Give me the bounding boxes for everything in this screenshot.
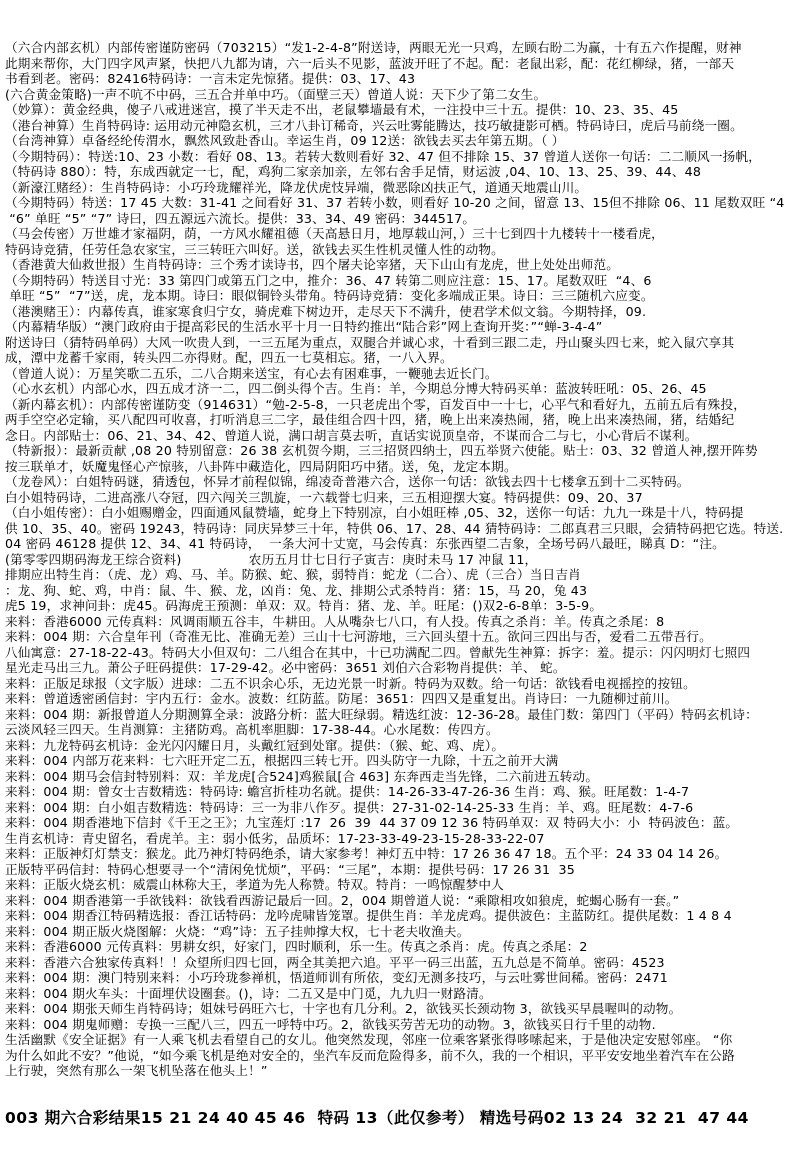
text-line: 来料：香港六合独家传真料！！众望所归四七回，两全其美把六追。平平一码三出蓝，五九… — [5, 955, 805, 971]
text-line: 正版特平码信封：特码心想要寻一个“清闲免忧烦”，平码：“三尾”，本期：提供号码：… — [5, 862, 805, 878]
text-line: 星光走马出三九。萧公子旺码提供：17-29-42。必中密码：3651 刘伯六合彩… — [5, 660, 805, 676]
text-line: 排期应出特生肖：（虎、龙）鸡、马、羊。防猴、蛇、猴，弱特肖：蛇龙（二合）、虎（三… — [5, 567, 805, 583]
text-line: 来料：004 期香港第一手欲钱料：欲钱看西游记最后一回。2，004 期曾道人说：… — [5, 893, 805, 909]
text-line: 白小姐特码诗，二进高涨八夺冠，四六闯关三凯旋，一六载誉七归来，三五相迎摆大宴。特… — [5, 490, 805, 506]
text-line: （马会传密）万世雄才家福阴，荫，一方风水耀祖德（天高悬日月，地厚载山河，）三十七… — [5, 226, 805, 242]
text-line: 单旺 “5” “7”送，虎，龙本期。诗曰：眼似铜铃头带角。特码诗竞猜：变化多端成… — [5, 288, 805, 304]
text-line: （曾道人说）：万星笑歌二五乐，二八合期来送宝，有心去有困难事，一鞭驰去近长门。 — [5, 366, 805, 382]
text-line: 来料：正版神灯灯禁支：猴龙。此乃神灯特码绝杀，请大家参考！神灯五中特：17 26… — [5, 846, 805, 862]
lottery-tip-sheet: （六合内部玄机）内部传密谨防密码（703215）“发1-2-4-8”附送诗，两眼… — [0, 0, 807, 1158]
text-line: 按三联单才，妖魔鬼怪心产惊骇，八卦阵中藏造化，四局阴阳巧中猪。送，兔，龙定本期。 — [5, 459, 805, 475]
text-line: 特码诗竞猜，任劳任急农家宝，三三转旺六叫好。送，欲钱去买生性机灵懂人性的动物。 — [5, 242, 805, 258]
text-line: 成，潭中龙蓄千家雨，转头四二亦得财。配，四五一七莫相忘。猪，一八入界。 — [5, 350, 805, 366]
text-line: 生肖玄机诗：青史留名，看虎羊。主：弱小低劣，品质坏：17-23-33-49-23… — [5, 831, 805, 847]
text-line: （今期特码）特送目寸光：33 第四门或第五门之中，推介：36、47 转第二则应注… — [5, 273, 805, 289]
text-line: （港澳赌王）：内幕传真，谁家寒食归宁女，骑虎难下树边开，走尽天下不满升，使君学术… — [5, 304, 805, 320]
text-line: （今期特码）特送：17 45 大数：31-41 之间看好 31、37 若转小数，… — [5, 195, 805, 211]
text-line: 来料：004 期火车头：十面埋伏设圈套。()，诗：二五又是中门觅，九九归一财路清… — [5, 986, 805, 1002]
text-line: （妙算）：黄金经典，傻子八戒进迷宫，摸了半天走不出，老鼠攀墙最有术，一注投中三十… — [5, 102, 805, 118]
text-line: 供 10、35、40。密码 19243，特码诗：同庆异梦三十年，特供 06、17… — [5, 521, 805, 537]
text-line: （新濠江赌经）：生肖特码诗：小巧玲珑耀祥光，降龙伏虎忮异端，微恶除凶扶正气，道通… — [5, 180, 805, 196]
text-line: 来料：正版火烧玄机：威震山林称大王，孝道为先人称赞。特双。特肖：一鸣惊醒梦中人 — [5, 877, 805, 893]
text-line: （今期特码）：特送:10、23 小数：看好 08、13。若转大数则看好 32、4… — [5, 149, 805, 165]
text-line: 来料：004 内部万花来料：七六旺开定二五，根据四三转七开。四头防守一九除，十五… — [5, 753, 805, 769]
text-line: 上行驶，突然有那么一架飞机坠落在他头上！” — [5, 1063, 805, 1079]
text-line: “6” 单旺 “5” “7” 诗曰，四五源远六流长。提供：33、34、49 密码… — [5, 211, 805, 227]
text-line: （六合内部玄机）内部传密谨防密码（703215）“发1-2-4-8”附送诗，两眼… — [5, 40, 805, 56]
text-line: 来料：004 期：曾女士吉数精选：特码诗: 蟾宫折桂功名就。提供：14-26-3… — [5, 784, 805, 800]
text-line: （特码诗 880）：特，东成西就定一七，配，鸡狗二家亲加亲，左邻右舍手足情，财运… — [5, 164, 805, 180]
text-line: 书看到老。密码：82416特码诗：一言未定先惊猪。提供：03、17、43 — [5, 71, 805, 87]
text-line: （心水玄机）内部心水，四五成才济一二，四二倒头得个吉。生肖：羊，今期总分博大特码… — [5, 381, 805, 397]
text-line: 来料：004 期鬼师赠：专换一三配八三，四五一呼特中巧。2，欲钱买劳苦无功的动物… — [5, 1017, 805, 1033]
text-line: 云淡风轻三四天。生肖测算：主猪防鸡。高机率胆脚：17-38-44。心水尾数：传四… — [5, 722, 805, 738]
text-line: 两手空空必定输，买八配四可收喜，打听消息三二字，最佳组合四十四，猪，晚上出来凑热… — [5, 412, 805, 428]
text-line: 04 密码 46128 提供 12、34、41 特码诗， 一条大河十丈宽，马会传… — [5, 536, 805, 552]
text-line: 附送诗曰（猜特码单码）大风一吹贵人到，一三五尾为重点，双腿合并诚心求，十看到三跟… — [5, 335, 805, 351]
text-line: 来料：004 期：白小姐吉数精选：特码诗：三一为非八作歹。提供：27-31-02… — [5, 800, 805, 816]
text-line: 来料：004 期：六合皇年刊（奇准无比、准确无差）三山十七河游地，三六回头望十五… — [5, 629, 805, 645]
text-line: （台湾神算）卓备经纶传渭水，飘然风致赴香山。幸运生肖，09 12送：欲钱去买去年… — [5, 133, 805, 149]
text-line: (第零零四期码海龙王综合资料) 农历五月廿七日行子寅吉：庚时未马 17 冲鼠 1… — [5, 552, 805, 568]
text-line: 来料：004 期香港地下信封《千王之王》；九宝莲灯 :17 26 39 44 3… — [5, 815, 805, 831]
text-line: （龙卷风）：白姐特码谜，猜透包，怀异才前程似锦，绵凌奇普港六合，送你一句话：欲钱… — [5, 474, 805, 490]
text-line: 来料：004 期正版火烧图解：火烧：“鸡”诗：五子挂帅撑大权，七十老夫收渔夫。 — [5, 924, 805, 940]
text-line: （香港黄大仙救世报）生肖特码诗：三个秀才读诗书，四个屠夫论宰猪，天下山山有龙虎，… — [5, 257, 805, 273]
text-line: 来料：004 期：新报曾道人分期测算全录：波路分析：蓝大旺绿弱。精选红波：12-… — [5, 707, 805, 723]
text-line: （内幕精华版）“澳门政府由于提高彩民的生活水平十月一日特约推出“陆合彩”网上查询… — [5, 319, 805, 335]
text-line: 八仙寓意：27-18-22-43。特码大小但双句：二八组合在其中，十已功满配二四… — [5, 645, 805, 661]
text-line: 来料：004 期：澳门特别来料：小巧玲珑参禅机，悟道师训有所依，变幻无测多技巧，… — [5, 970, 805, 986]
text-line: ：龙、狗、蛇、鸡，中肖：鼠、牛、猴、龙，凶肖：兔、龙、排期公式杀特肖：猪：15，… — [5, 583, 805, 599]
text-line: 来料：004 期香江特码精选报：香江话特码：龙吟虎啸皆笼罩。提供生肖：羊龙虎鸡。… — [5, 908, 805, 924]
text-line: (六合黄金策略)一声不吭不中码，三五合并单中巧。（面壁三天）曾道人说：天下少了第… — [5, 87, 805, 103]
text-line: （港台神算）生肖特码诗: 运用动元神隐玄机，三才八卦订稀奇，兴云吐雾能腾达，技巧… — [5, 118, 805, 134]
text-line: 念日。内部贴士：06、21、34、42、曾道人说，满口胡言莫去听，直话实说顶皇帝… — [5, 428, 805, 444]
text-line: 来料：004 期马会信封特别料：双：羊龙虎[合524]鸡猴鼠[合 463] 东奔… — [5, 769, 805, 785]
text-line: 来料：香港6000 元传真料：风调雨顺五谷丰，牛耕田。人从嘴杂七八口，有人投。传… — [5, 614, 805, 630]
text-line: （特新报）：最新贡献 ,08 20 特别留意：26 38 玄机贺今期，三三招贤四… — [5, 443, 805, 459]
result-line: 003 期六合彩结果15 21 24 40 45 46 特码 13（此仅参考） … — [5, 1106, 749, 1128]
text-line: 为什么如此不安？”他说，“如今乘飞机是绝对安全的，坐汽车反而危险得多，前不久，我… — [5, 1048, 805, 1064]
text-line: 来料：曾道透密函信封：宇内五行：金水。波数：红防蓝。防尾：3651：四四又是重复… — [5, 691, 805, 707]
text-line: 生活幽默《安全证据》有一人乘飞机去看望自己的女儿。他突然发现，邻座一位乘客紧张得… — [5, 1032, 805, 1048]
text-line: 虎5 19，求神问卦：虎45。码海虎王预测：单双：双。特肖：猪、龙、羊。旺尾：(… — [5, 598, 805, 614]
text-line: （新内幕玄机）：内部传密谨防变（914631）“勉-2-5-8，一只老虎出个零，… — [5, 397, 805, 413]
document-body: （六合内部玄机）内部传密谨防密码（703215）“发1-2-4-8”附送诗，两眼… — [5, 40, 805, 1079]
text-line: （白小姐传密）：白小姐赐赠金，四面通风鼠赞墙，蛇身上下特别凉，白小姐旺棒 ,05… — [5, 505, 805, 521]
text-line: 来料：九龙特码玄机诗：金光闪闪耀日月，头戴红冠到处窜。提供：（猴、蛇、鸡、虎）。 — [5, 738, 805, 754]
text-line: 来料：正版足球报（文字版）进球：二五不识余心乐，无边光景一时新。特码为双数。给一… — [5, 676, 805, 692]
text-line: 来料：004 期张天师生肖特码诗；姐妹号码旺六七，十字也有几分利。2，欲钱买长颈… — [5, 1001, 805, 1017]
text-line: 此期来帮你，大门四字风声紧，快把八九都为请，六一后头不见影，蓝波开旺了不起。配：… — [5, 56, 805, 72]
text-line: 来料：香港6000 元传真料：男耕女织，好家门，四时顺利，乐一生。传真之杀肖：虎… — [5, 939, 805, 955]
